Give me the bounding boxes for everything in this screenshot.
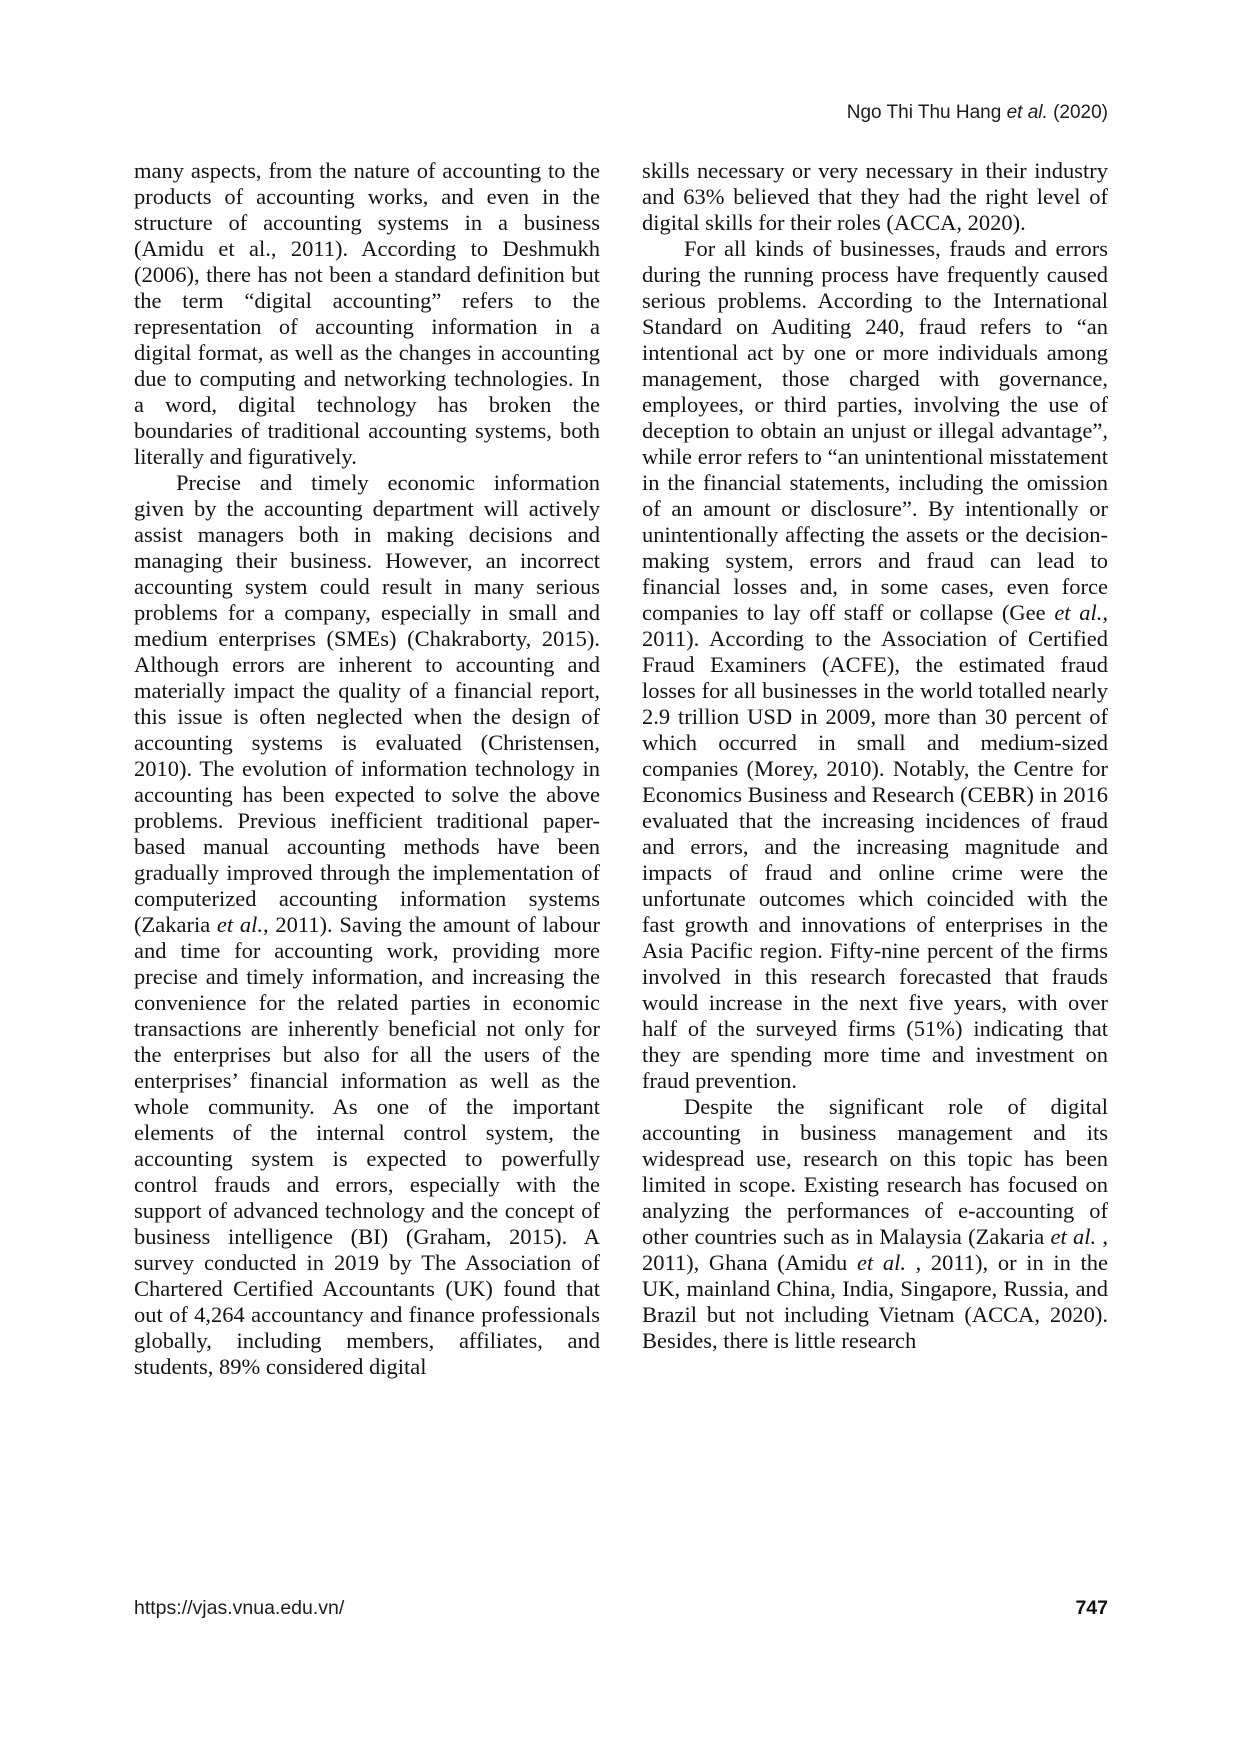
italic-text-run: et al. xyxy=(217,912,263,937)
italic-text-run: et al. xyxy=(1054,600,1102,625)
text-run: Precise and timely economic information … xyxy=(134,470,600,937)
italic-text-run: et al. xyxy=(857,1250,906,1275)
text-run: , 2011). Saving the amount of labour and… xyxy=(134,912,600,1379)
italic-text-run: et al. xyxy=(1007,102,1048,123)
page-footer: https://vjas.vnua.edu.vn/ 747 xyxy=(134,1597,1108,1620)
text-run: skills necessary or very necessary in th… xyxy=(642,158,1108,235)
left-column: many aspects, from the nature of account… xyxy=(134,158,600,1380)
right-column: skills necessary or very necessary in th… xyxy=(642,158,1108,1380)
paragraph: Precise and timely economic information … xyxy=(134,470,600,1380)
page-number: 747 xyxy=(1075,1597,1108,1620)
paragraph: skills necessary or very necessary in th… xyxy=(642,158,1108,236)
text-run: (2020) xyxy=(1048,102,1108,123)
text-run: , 2011). According to the Association of… xyxy=(642,600,1108,1093)
header-author-line: Ngo Thi Thu Hang et al. (2020) xyxy=(847,102,1108,123)
journal-url: https://vjas.vnua.edu.vn/ xyxy=(134,1597,344,1620)
paragraph: Despite the significant role of digital … xyxy=(642,1094,1108,1354)
document-page: Ngo Thi Thu Hang et al. (2020) many aspe… xyxy=(0,0,1240,1754)
italic-text-run: et al. xyxy=(1051,1224,1097,1249)
text-run: For all kinds of businesses, frauds and … xyxy=(642,236,1108,625)
running-header: Ngo Thi Thu Hang et al. (2020) xyxy=(134,101,1108,125)
paragraph: many aspects, from the nature of account… xyxy=(134,158,600,470)
article-body: many aspects, from the nature of account… xyxy=(134,158,1108,1380)
text-run: Ngo Thi Thu Hang xyxy=(847,102,1007,123)
paragraph: For all kinds of businesses, frauds and … xyxy=(642,236,1108,1094)
text-run: Despite the significant role of digital … xyxy=(642,1094,1108,1249)
text-run: many aspects, from the nature of account… xyxy=(134,158,600,469)
